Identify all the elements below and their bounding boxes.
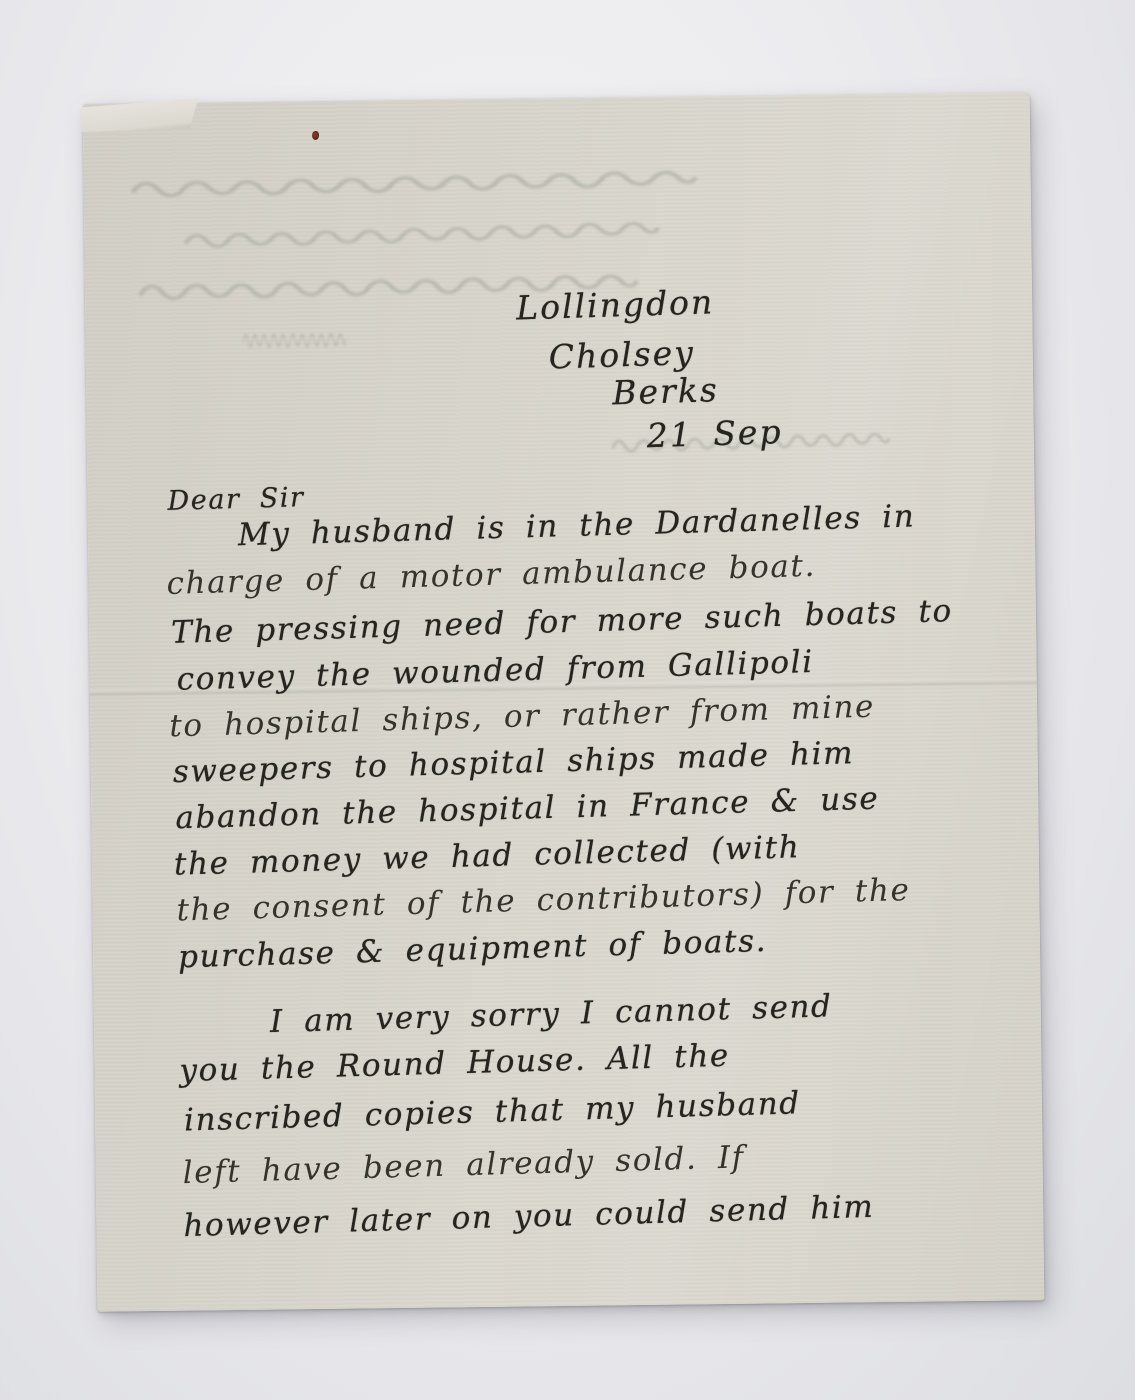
letter-line: The pressing need for more such boats to (171, 593, 954, 651)
heading-address-line: Berks (612, 370, 720, 412)
letter-line: sweepers to hospital ships made him (172, 735, 854, 790)
heading-address-line: Lollingdon (516, 282, 715, 327)
letter-line: abandon the hospital in France & use (175, 781, 880, 837)
letter-line: charge of a motor ambulance boat. (166, 548, 816, 602)
letter-line: My husband is in the Dardanelles in (237, 498, 915, 553)
letter-line: I am very sorry I cannot send (269, 988, 833, 1040)
letter-line: inscribed copies that my husband (184, 1085, 802, 1138)
salutation: Dear Sir (167, 482, 305, 517)
letter-line: purchase & equipment of boats. (178, 923, 768, 975)
ink-stain-spot (312, 131, 319, 140)
letter-line: the consent of the contributors) for the (176, 872, 911, 928)
letter-body: Dear Sir My husband is in the Dardanelle… (83, 92, 1030, 104)
photo-background: Lollingdon Cholsey Berks 21 Sep Dear Sir… (0, 0, 1135, 1400)
letter-paper: Lollingdon Cholsey Berks 21 Sep Dear Sir… (83, 92, 1045, 1311)
bent-corner (80, 98, 199, 132)
letter-line: left have been already sold. If (182, 1139, 745, 1191)
letter-line: however later on you could send him (183, 1189, 875, 1244)
letter-line: the money we had collected (with (173, 829, 800, 882)
heading-date-line: 21 Sep (646, 412, 783, 455)
letter-line: you the Round House. All the (179, 1038, 730, 1089)
heading-address-line: Cholsey (548, 333, 695, 377)
letter-heading: Lollingdon Cholsey Berks 21 Sep (83, 92, 1030, 104)
letter-line: to hospital ships, or rather from mine (169, 689, 876, 745)
